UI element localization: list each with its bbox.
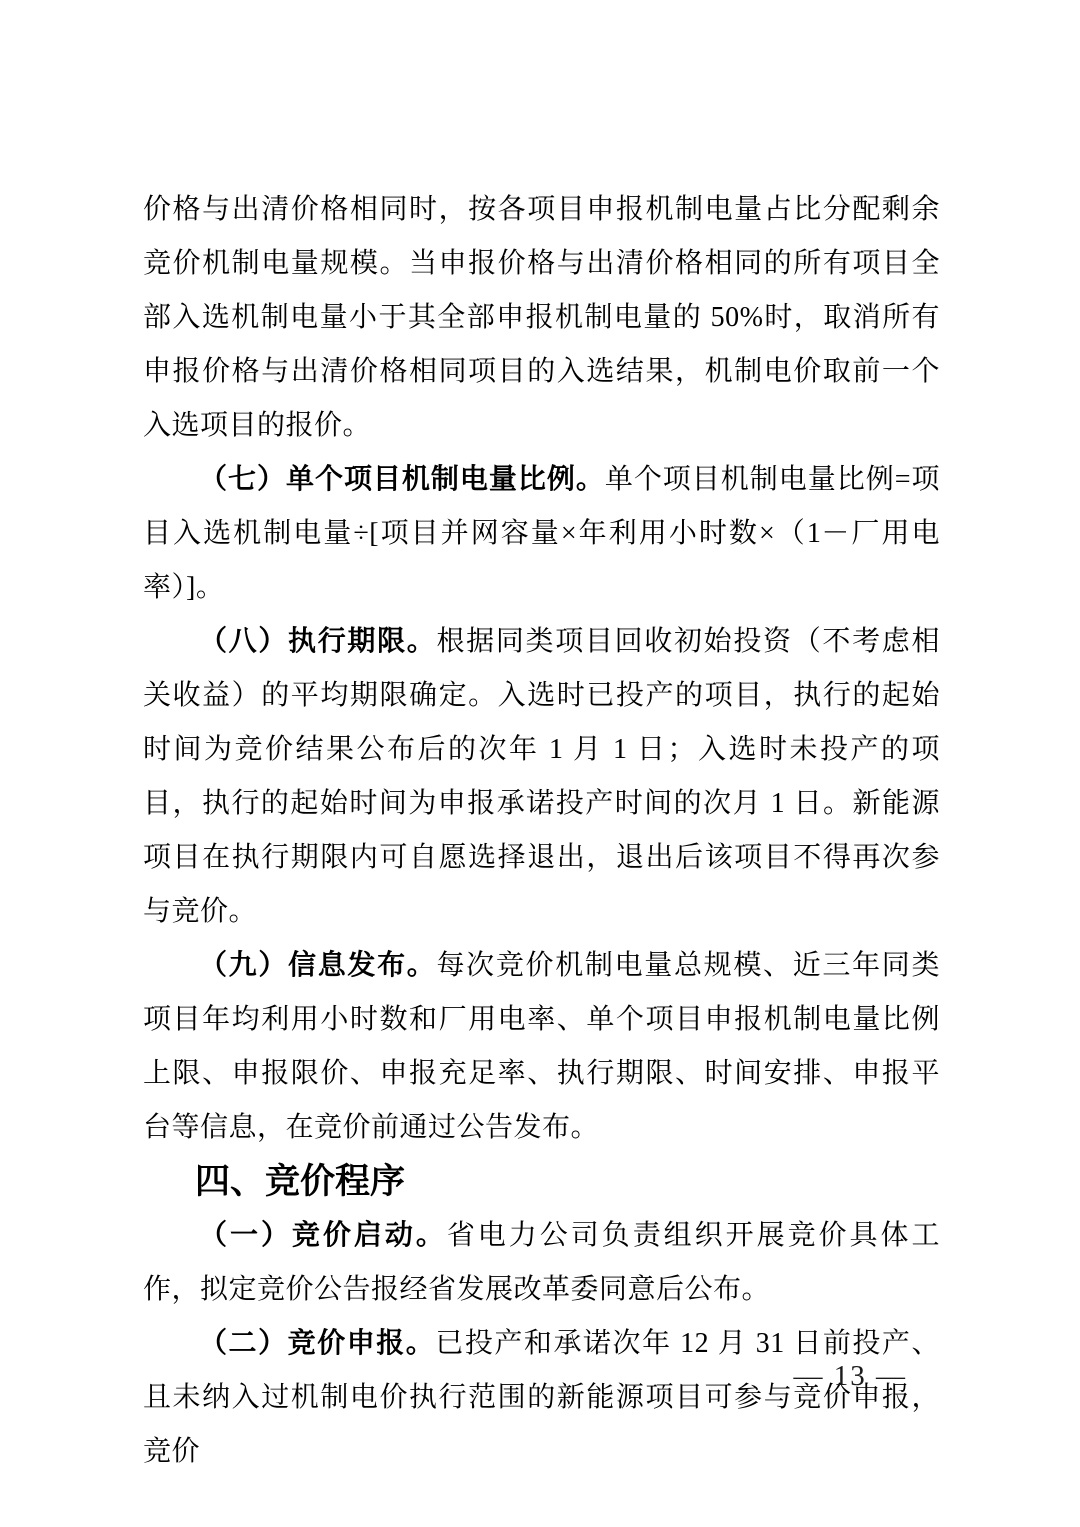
paragraph-item-8-body: 根据同类项目回收初始投资（不考虑相关收益）的平均期限确定。入选时已投产的项目，执… [143, 626, 940, 927]
paragraph-item-8: （八）执行期限。根据同类项目回收初始投资（不考虑相关收益）的平均期限确定。入选时… [143, 615, 940, 939]
paragraph-item-1: （一）竞价启动。省电力公司负责组织开展竞价具体工作，拟定竞价公告报经省发展改革委… [143, 1209, 940, 1317]
paragraph-item-1-lead: （一）竞价启动。 [199, 1220, 447, 1251]
section-heading-4: 四、竞价程序 [195, 1155, 940, 1209]
paragraph-item-9: （九）信息发布。每次竞价机制电量总规模、近三年同类项目年均利用小时数和厂用电率、… [143, 939, 940, 1155]
page-number: — 13 — [794, 1360, 908, 1392]
paragraph-item-7-lead: （七）单个项目机制电量比例。 [199, 464, 605, 495]
paragraph-item-2: （二）竞价申报。已投产和承诺次年 12 月 31 日前投产、且未纳入过机制电价执… [143, 1317, 940, 1479]
paragraph-continuation: 价格与出清价格相同时，按各项目申报机制电量占比分配剩余竞价机制电量规模。当申报价… [143, 183, 940, 453]
paragraph-item-8-lead: （八）执行期限。 [199, 626, 437, 657]
paragraph-item-9-lead: （九）信息发布。 [199, 950, 437, 981]
document-body: 价格与出清价格相同时，按各项目申报机制电量占比分配剩余竞价机制电量规模。当申报价… [143, 183, 940, 1479]
paragraph-item-7: （七）单个项目机制电量比例。单个项目机制电量比例=项目入选机制电量÷[项目并网容… [143, 453, 940, 615]
document-page: 价格与出清价格相同时，按各项目申报机制电量占比分配剩余竞价机制电量规模。当申报价… [0, 0, 1080, 1527]
paragraph-item-2-lead: （二）竞价申报。 [199, 1328, 435, 1359]
